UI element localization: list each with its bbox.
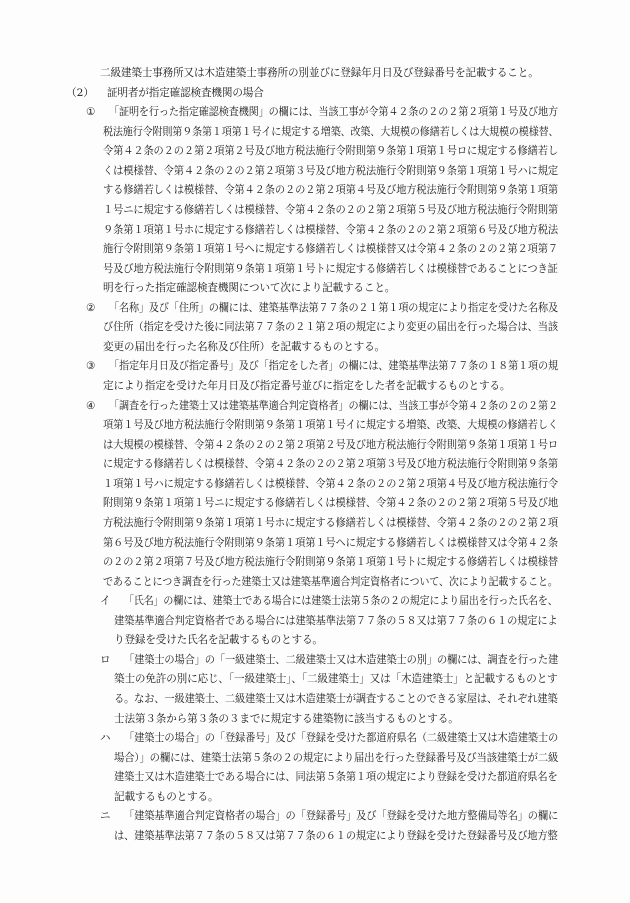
- item-1-line: 号及び地方税法施行令附則第９条第１項第１号トに規定する修繕若しくは模様替であるこ…: [103, 262, 558, 276]
- subitem-ro-line: 「建築士の場合」の「一級建築士、二級建築士又は木造建築士の別」の欄には、調査を行…: [124, 653, 558, 667]
- item-4-line: 附則第９条第１項第１号ニに規定する修繕若しくは模様替、令第４２条の２の２第２項第…: [103, 496, 558, 510]
- item-3-line: 「指定年月日及び指定番号」及び「指定をした者」の欄には、建築基準法第７７条の１８…: [109, 359, 558, 373]
- subitem-ha-marker: ハ: [100, 731, 111, 745]
- subitem-i-line: 「氏名」の欄には、建築士である場合には建築士法第５条の２の規定により届出を行った…: [124, 594, 558, 608]
- subitem-i-marker: イ: [100, 594, 111, 608]
- subitem-ro-line: る。なお、一級建築士、二級建築士又は木造建築士が調査することのできる家屋は、それ…: [114, 692, 558, 706]
- item-4-line: の２の２第２項第７号及び地方税法施行令附則第９条第１項第１号トに規定する修繕若し…: [103, 555, 558, 569]
- item-3-line: 定により指定を受けた年月日及び指定番号並びに指定をした者を記載するものとする。: [103, 379, 510, 393]
- item-4-line: 第６号及び地方税法施行令附則第９条第１項第１号ヘに規定する修繕若しくは模様替又は…: [103, 536, 558, 550]
- item-1-line: くは模様替、令第４２条の２の２第２項第３号及び地方税法施行令附則第９条第１項第１…: [103, 164, 558, 178]
- subitem-i-line: 建築基準適合判定資格者である場合には建築基準法第７７条の５８又は第７７条の６１の…: [114, 614, 558, 628]
- item-4-line: 方税法施行令附則第９条第１項第１号ホに規定する修繕若しくは模様替、令第４２条の２…: [103, 516, 558, 530]
- item-1-line: 令第４２条の２の２第２項第２号及び地方税法施行令附則第９条第１項第１号ロに規定す…: [103, 144, 558, 158]
- item-1-line: 施行令附則第９条第１項第１号ヘに規定する修繕若しくは模様替又は令第４２条の２の２…: [103, 242, 558, 256]
- item-1-line: 税法施行令附則第９条第１項第１号イに規定する増築、改築、大規模の修繕若しくは大規…: [103, 125, 558, 139]
- subitem-ha-line: 建築士又は木造建築士である場合には、同法第５条第１項の規定により登録を受けた都道…: [114, 770, 558, 784]
- item-4-line: １項第１号ハに規定する修繕若しくは模様替、令第４２条の２の２第２項第４号及び地方…: [103, 477, 558, 491]
- item-4-line: 項第１号及び地方税法施行令附則第９条第１項第１号イに規定する増築、改築、大規模の…: [103, 418, 558, 432]
- subitem-ro-line: 士法第３条から第３条の３までに規定する建築物に該当するものとする。: [114, 712, 459, 726]
- item-4-line: 「調査を行った建築士又は建築基準適合判定資格者」の欄には、当該工事が令第４２条の…: [109, 399, 558, 413]
- section-number: （2）: [66, 86, 94, 100]
- item-1-line: 「証明を行った指定確認検査機関」の欄には、当該工事が令第４２条の２の２第２項第１…: [109, 105, 558, 119]
- subitem-ni-marker: ニ: [100, 809, 111, 823]
- item-4-line: に規定する修繕若しくは模様替、令第４２条の２の２第２項第３号及び地方税法施行令附…: [103, 457, 558, 471]
- item-1-line: 明を行った指定確認検査機関について次により記載すること。: [103, 281, 395, 295]
- item-4-line: は大規模の模様替、令第４２条の２の２第２項第２号及び地方税法施行令附則第９条第１…: [103, 438, 558, 452]
- item-2-line: び住所（指定を受けた後に同法第７７条の２１第２項の規定により変更の届出を行った場…: [103, 320, 558, 334]
- item-1-marker: ①: [86, 105, 96, 119]
- item-4-marker: ④: [86, 399, 96, 413]
- item-3-marker: ③: [86, 359, 96, 373]
- subitem-ha-line: 場合）」の欄には、建築士法第５条の２の規定により届出を行った登録番号及び当該建築…: [114, 751, 558, 765]
- item-1-line: ９条第１項第１号ホに規定する修繕若しくは模様替、令第４２条の２の２第２項第６号及…: [103, 223, 558, 237]
- item-2-line: 「名称」及び「住所」の欄には、建築基準法第７７条の２１第１項の規定により指定を受…: [109, 301, 558, 315]
- item-1-line: １号ニに規定する修繕若しくは模様替、令第４２条の２の２第２項第５号及び地方税法施…: [103, 203, 558, 217]
- subitem-ha-line: 「建築士の場合」の「登録番号」及び「登録を受けた都道府県名（二級建築士又は木造建…: [124, 731, 558, 745]
- subitem-ha-line: 記載するものとする。: [114, 790, 218, 804]
- item-4-line: であることにつき調査を行った建築士又は建築基準適合判定資格者について、次により記…: [103, 575, 558, 589]
- intro-line: 二級建築士事務所又は木造建築士事務所の別並びに登録年月日及び登録番号を記載するこ…: [100, 66, 539, 80]
- subitem-i-line: り登録を受けた氏名を記載するものとする。: [114, 633, 323, 647]
- subitem-ni-line: 「建築基準適合判定資格者の場合」の「登録番号」及び「登録を受けた地方整備局等名」…: [124, 809, 558, 823]
- subitem-ro-marker: ロ: [100, 653, 111, 667]
- document-page: 二級建築士事務所又は木造建築士事務所の別並びに登録年月日及び登録番号を記載するこ…: [0, 0, 630, 903]
- item-2-line: 変更の届出を行った名称及び住所）を記載するものとする。: [103, 340, 385, 354]
- item-1-line: する修繕若しくは模様替、令第４２条の２の２第２項第４号及び地方税法施行令附則第９…: [103, 183, 558, 197]
- subitem-ni-line: は、建築基準法第７７条の５８又は第７７条の６１の規定により登録を受けた登録番号及…: [114, 829, 558, 843]
- item-2-marker: ②: [86, 301, 96, 315]
- section-title: 証明者が指定確認検査機関の場合: [107, 86, 264, 100]
- subitem-ro-line: 築士の免許の別に応じ、「一級建築士」、「二級建築士」又は「木造建築士」と記載する…: [114, 672, 558, 686]
